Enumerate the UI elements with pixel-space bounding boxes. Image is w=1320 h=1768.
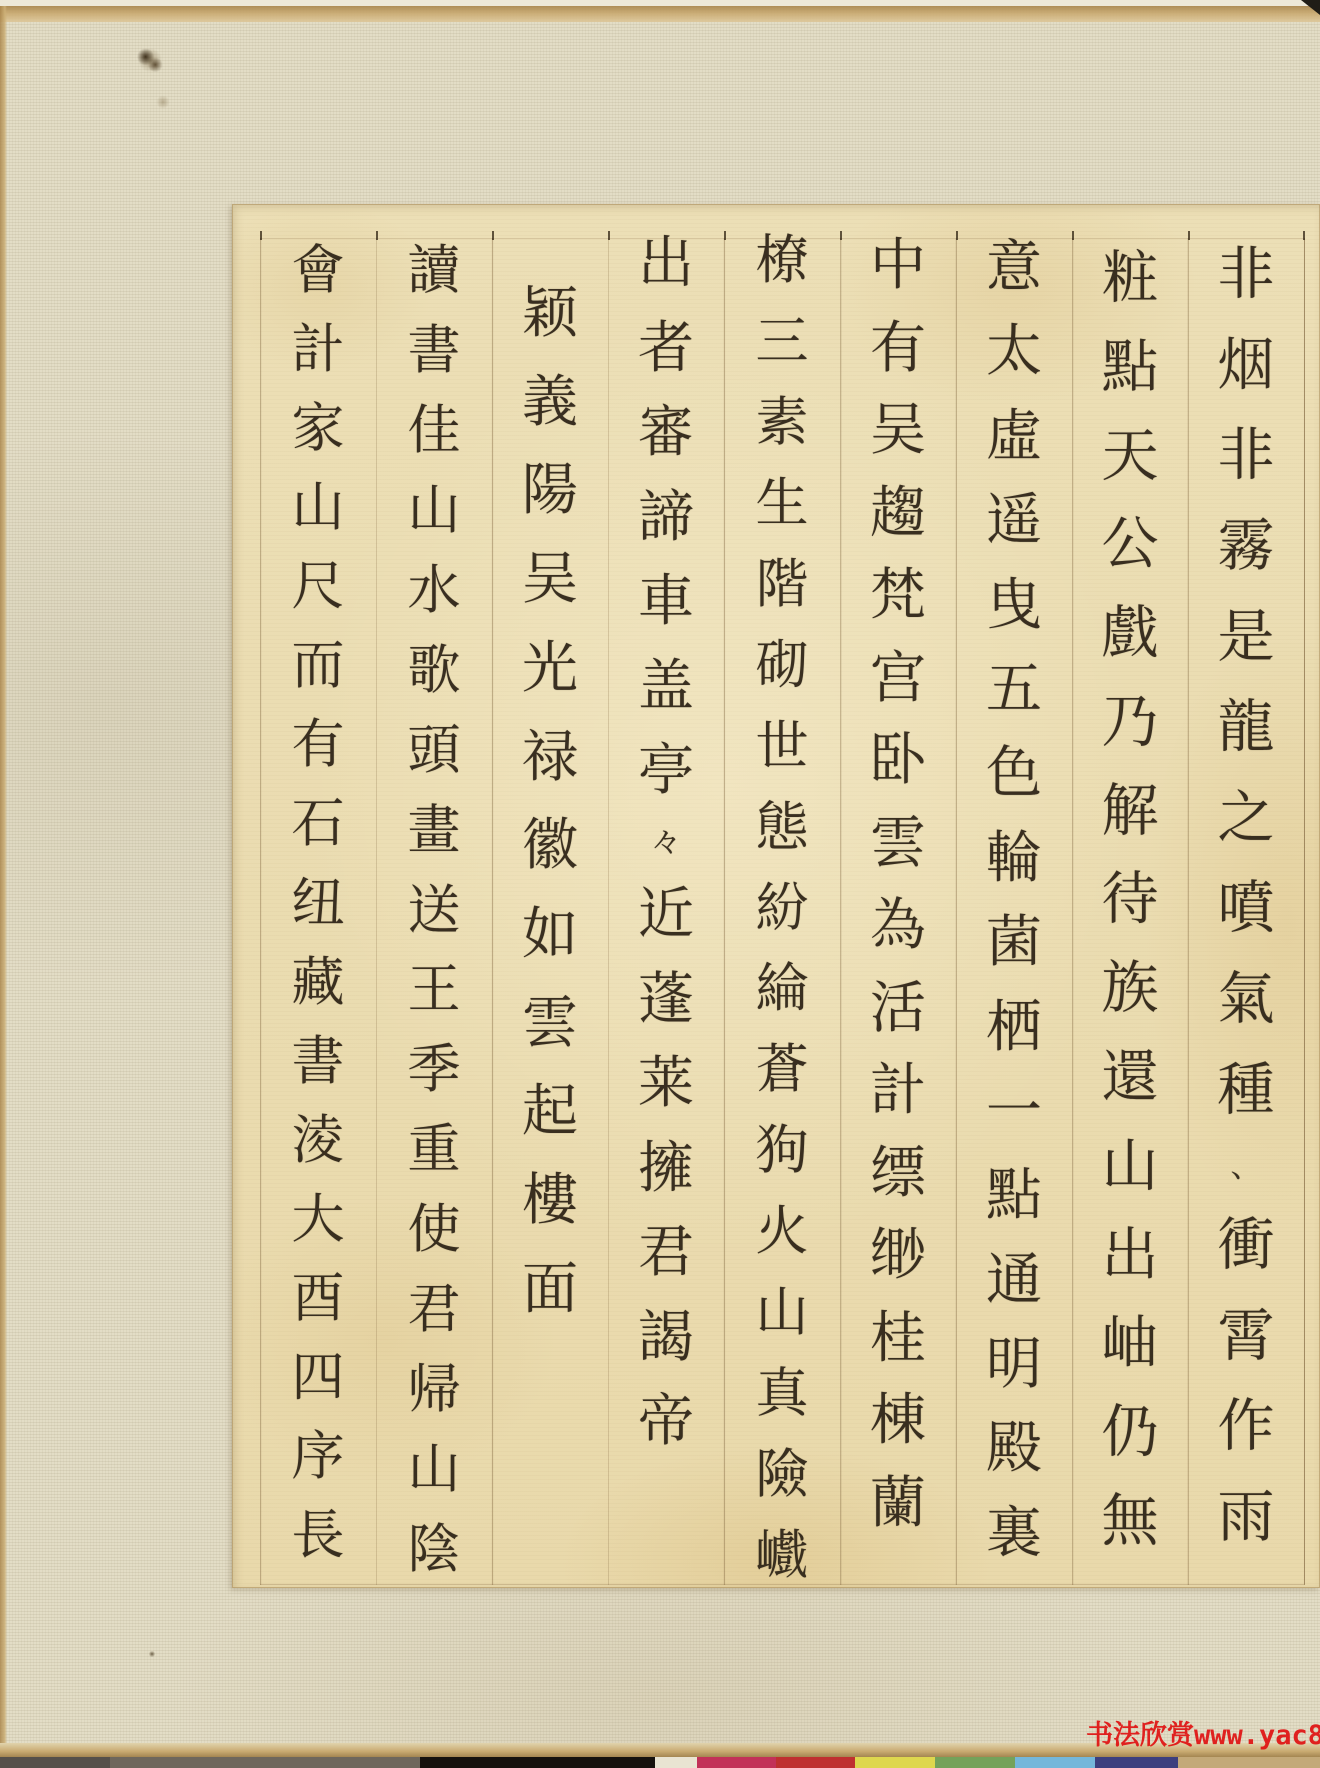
glyph: 色 (986, 746, 1042, 802)
glyph: 畫 (408, 804, 461, 857)
glyph: 出 (1102, 1227, 1159, 1284)
glyph: 一 (986, 1084, 1042, 1140)
glyph: 酉 (292, 1272, 345, 1325)
ink-blot-stain (128, 40, 172, 80)
glyph: 計 (292, 323, 345, 376)
glyph: 天 (1102, 428, 1159, 485)
glyph: 戲 (1102, 605, 1159, 662)
silk-mount: 非烟非霧是龍之噴氣種、衝霄作雨粧點天公戲乃解待族還山出岫仍無意太虛遥曳五色輪菌栖… (0, 0, 1320, 1768)
glyph: 送 (408, 884, 461, 937)
glyph: 生 (756, 477, 809, 530)
rule-tick (376, 231, 378, 240)
glyph: 曳 (986, 578, 1042, 634)
glyph: 虛 (986, 409, 1042, 465)
glyph: 車 (638, 574, 694, 630)
glyph: 為 (870, 898, 926, 954)
glyph: 亭 (638, 743, 694, 799)
glyph: 山 (292, 481, 345, 534)
glyph: 之 (1218, 790, 1275, 847)
glyph: 徽 (522, 818, 578, 874)
glyph: 山 (408, 484, 461, 537)
glyph: 宫 (870, 651, 926, 707)
glyph: 審 (638, 405, 694, 461)
glyph: 素 (756, 396, 809, 449)
ink-blot-smear (150, 92, 176, 112)
glyph: 有 (870, 321, 926, 377)
glyph: 々 (651, 828, 682, 859)
glyph: 族 (1102, 960, 1159, 1017)
glyph: 謁 (638, 1310, 694, 1366)
glyph: 世 (756, 720, 809, 773)
glyph: 佳 (408, 404, 461, 457)
calligraphy-column-8: 讀書佳山水歌頭畫送王季重使君帰山陰 (401, 244, 467, 1576)
glyph: 點 (1102, 339, 1159, 396)
glyph: 君 (638, 1225, 694, 1281)
glyph: 霧 (1218, 518, 1275, 575)
calligraphy-column-9: 會計家山尺而有石纽藏書淩大酉四序長 (285, 244, 351, 1562)
glyph: 綸 (756, 962, 809, 1015)
glyph: 活 (870, 981, 926, 1037)
glyph: 橑 (756, 234, 809, 287)
glyph: 雨 (1218, 1489, 1275, 1546)
glyph: 通 (986, 1253, 1042, 1309)
glyph: 缈 (870, 1228, 926, 1284)
glyph: 計 (870, 1063, 926, 1119)
glyph: 家 (292, 402, 345, 455)
glyph: 禄 (522, 730, 578, 786)
glyph: 山 (756, 1286, 809, 1339)
glyph: 雲 (870, 816, 926, 872)
glyph: 龍 (1218, 699, 1275, 756)
glyph: 大 (292, 1193, 345, 1246)
glyph: 粧 (1102, 250, 1159, 307)
glyph: 非 (1218, 427, 1275, 484)
color-bar-segment (0, 1757, 110, 1768)
glyph: 階 (756, 558, 809, 611)
glyph: 者 (638, 321, 694, 377)
rule-tick (260, 231, 262, 240)
glyph: 陰 (408, 1523, 461, 1576)
mount-left-edge (0, 6, 7, 1751)
glyph: 淩 (292, 1114, 345, 1167)
glyph: 石 (292, 797, 345, 850)
glyph: 蓬 (638, 972, 694, 1028)
glyph: 書 (408, 324, 461, 377)
glyph: 序 (292, 1430, 345, 1483)
rule-tick (1188, 231, 1190, 240)
glyph: 砌 (756, 639, 809, 692)
rule-tick (608, 231, 610, 240)
glyph: 帰 (408, 1363, 461, 1416)
glyph: 會 (292, 244, 345, 297)
glyph: 烟 (1218, 337, 1275, 394)
glyph: 如 (522, 907, 578, 963)
glyph: 種 (1218, 1062, 1275, 1119)
glyph: 起 (522, 1084, 578, 1140)
glyph: 明 (986, 1337, 1042, 1393)
glyph: 尺 (292, 560, 345, 613)
glyph: 出 (638, 236, 694, 292)
glyph: 擁 (638, 1141, 694, 1197)
glyph: 衝 (1218, 1217, 1275, 1274)
rule-tick (956, 231, 958, 240)
glyph: 殿 (986, 1421, 1042, 1477)
glyph: 水 (408, 564, 461, 617)
glyph: 君 (408, 1283, 461, 1336)
glyph: 待 (1102, 871, 1159, 928)
glyph: 缥 (870, 1146, 926, 1202)
glyph: 山 (408, 1443, 461, 1496)
glyph: 樓 (522, 1173, 578, 1229)
glyph: 作 (1218, 1398, 1275, 1455)
calligraphy-column-7: 颖義陽吴光禄徽如雲起樓面 (517, 286, 583, 1318)
glyph: 趨 (870, 486, 926, 542)
glyph: 乃 (1102, 694, 1159, 751)
calligraphy-column-5: 橑三素生階砌世態紛綸蒼狗火山真險巇 (749, 234, 815, 1582)
glyph: 吴 (870, 403, 926, 459)
glyph: 態 (756, 801, 809, 854)
rule-tick (840, 231, 842, 240)
glyph: 險 (756, 1448, 809, 1501)
color-bar-segment (776, 1757, 855, 1768)
glyph: 頭 (408, 724, 461, 777)
color-calibration-bar (0, 1757, 1320, 1768)
glyph: 山 (1102, 1138, 1159, 1195)
calligraphy-column-1: 非烟非霧是龍之噴氣種、衝霄作雨 (1213, 246, 1279, 1546)
glyph: 吴 (522, 552, 578, 608)
glyph: 菌 (986, 915, 1042, 971)
glyph: 而 (292, 639, 345, 692)
color-bar-segment (935, 1757, 1015, 1768)
glyph: 中 (870, 238, 926, 294)
glyph: 、 (1231, 1152, 1262, 1183)
glyph: 帝 (638, 1394, 694, 1450)
glyph: 梵 (870, 568, 926, 624)
glyph: 仍 (1102, 1404, 1159, 1461)
glyph: 三 (756, 315, 809, 368)
glyph: 義 (522, 375, 578, 431)
color-bar-segment (1015, 1757, 1095, 1768)
glyph: 書 (292, 1035, 345, 1088)
glyph: 岫 (1102, 1315, 1159, 1372)
glyph: 讀 (408, 244, 461, 297)
glyph: 歌 (408, 644, 461, 697)
glyph: 太 (986, 324, 1042, 380)
glyph: 颖 (522, 286, 578, 342)
calligraphy-column-2: 粧點天公戲乃解待族還山出岫仍無 (1097, 250, 1163, 1550)
glyph: 氣 (1218, 971, 1275, 1028)
glyph: 巇 (756, 1529, 809, 1582)
color-bar-segment (1095, 1757, 1178, 1768)
calligraphy-column-4: 中有吴趨梵宫卧雲為活計缥缈桂棟蘭 (865, 238, 931, 1532)
glyph: 是 (1218, 609, 1275, 666)
glyph: 裏 (986, 1506, 1042, 1562)
glyph: 五 (986, 662, 1042, 718)
glyph: 棟 (870, 1393, 926, 1449)
glyph: 還 (1102, 1049, 1159, 1106)
glyph: 非 (1218, 246, 1275, 303)
glyph: 火 (756, 1205, 809, 1258)
glyph: 纽 (292, 877, 345, 930)
glyph: 無 (1102, 1493, 1159, 1550)
glyph: 盖 (638, 659, 694, 715)
watermark-text: 书法欣赏www.yac8.com (1086, 1713, 1320, 1745)
color-bar-segment (1178, 1757, 1320, 1768)
glyph: 陽 (522, 463, 578, 519)
glyph: 意 (986, 240, 1042, 296)
glyph: 霄 (1218, 1308, 1275, 1365)
glyph: 四 (292, 1351, 345, 1404)
glyph: 近 (638, 887, 694, 943)
stain-speck (146, 1649, 158, 1659)
glyph: 紛 (756, 882, 809, 935)
glyph: 雲 (522, 996, 578, 1052)
color-bar-segment (420, 1757, 655, 1768)
glyph: 點 (986, 1168, 1042, 1224)
glyph: 栖 (986, 1000, 1042, 1056)
glyph: 諦 (638, 490, 694, 546)
glyph: 遥 (986, 493, 1042, 549)
glyph: 輪 (986, 831, 1042, 887)
mount-top-edge (0, 6, 1320, 22)
glyph: 光 (522, 641, 578, 697)
glyph: 桂 (870, 1311, 926, 1367)
color-bar-segment (655, 1757, 697, 1768)
rule-tick (492, 231, 494, 240)
glyph: 藏 (292, 956, 345, 1009)
glyph: 噴 (1218, 880, 1275, 937)
glyph: 面 (522, 1262, 578, 1318)
glyph: 卧 (870, 733, 926, 789)
rule-tick (724, 231, 726, 240)
color-bar-segment (855, 1757, 935, 1768)
calligraphy-column-6: 出者審諦車盖亭々近蓬莱擁君謁帝 (633, 236, 699, 1450)
glyph: 有 (292, 718, 345, 771)
glyph: 長 (292, 1509, 345, 1562)
glyph: 王 (408, 963, 461, 1016)
glyph: 蘭 (870, 1476, 926, 1532)
color-bar-segment (697, 1757, 776, 1768)
glyph: 狗 (756, 1124, 809, 1177)
glyph: 重 (408, 1123, 461, 1176)
glyph: 蒼 (756, 1043, 809, 1096)
glyph: 使 (408, 1203, 461, 1256)
rule-tick (1072, 231, 1074, 240)
color-bar-segment (110, 1757, 420, 1768)
glyph: 莱 (638, 1056, 694, 1112)
album-paper: 非烟非霧是龍之噴氣種、衝霄作雨粧點天公戲乃解待族還山出岫仍無意太虛遥曳五色輪菌栖… (232, 204, 1320, 1588)
glyph: 公 (1102, 516, 1159, 573)
calligraphy-column-3: 意太虛遥曳五色輪菌栖一點通明殿裏 (981, 240, 1047, 1562)
glyph: 解 (1102, 783, 1159, 840)
glyph: 真 (756, 1367, 809, 1420)
rule-tick (1303, 231, 1305, 240)
glyph: 季 (408, 1043, 461, 1096)
